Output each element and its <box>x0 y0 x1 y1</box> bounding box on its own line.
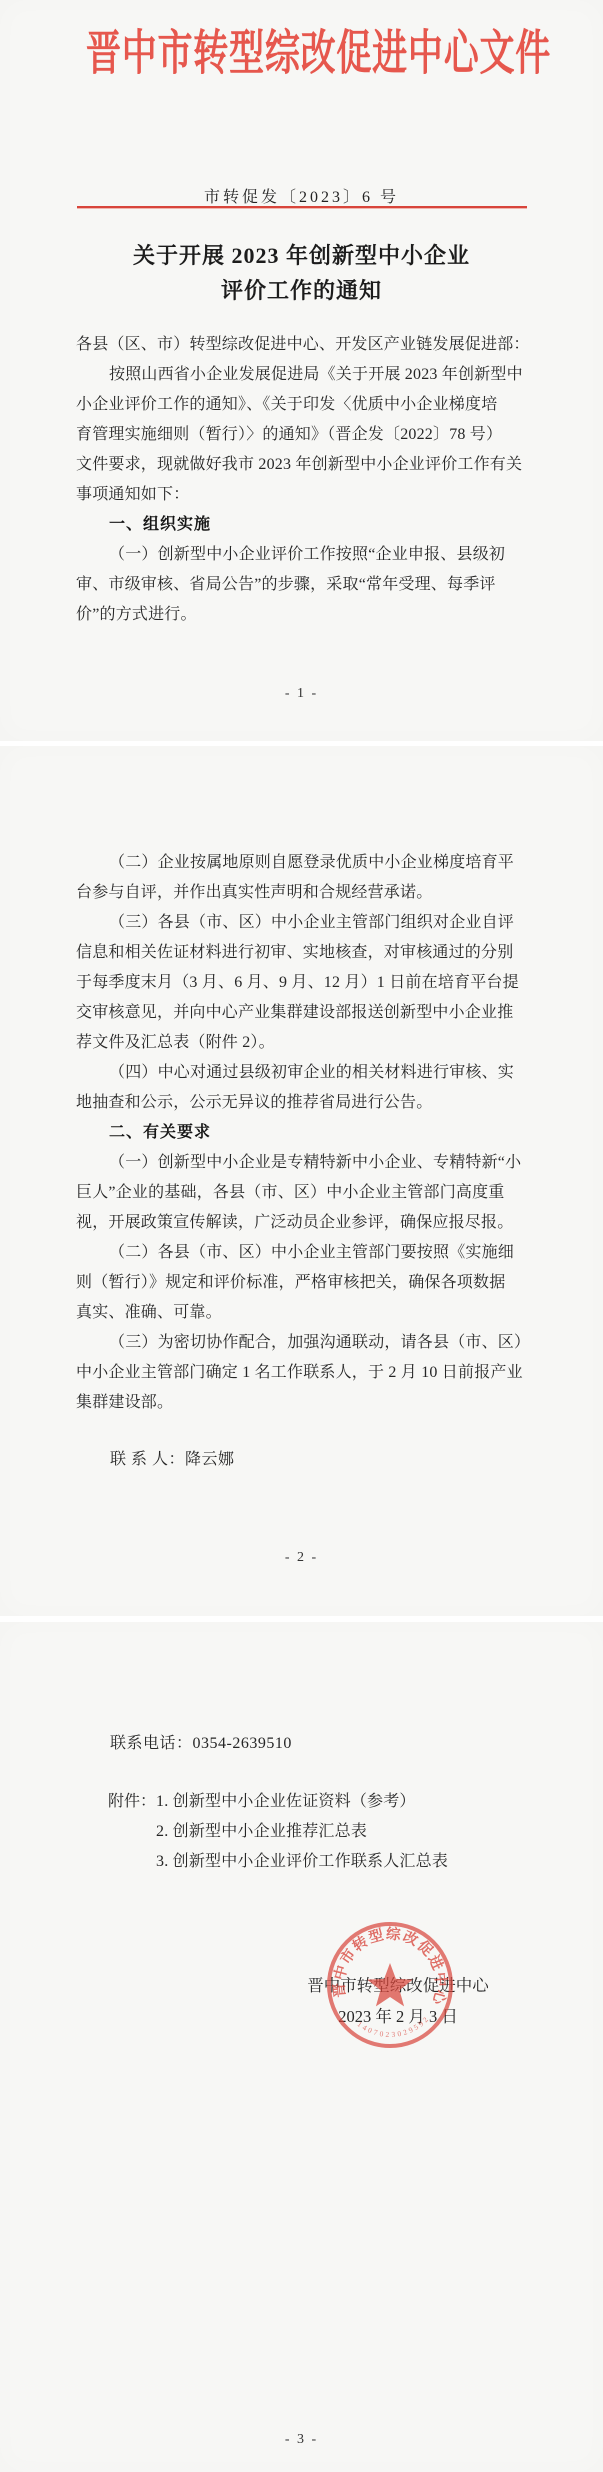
body-line: 文件要求，现就做好我市 2023 年创新型中小企业评价工作有关 <box>76 450 536 480</box>
body-line: 台参与自评，并作出真实性声明和合规经营承诺。 <box>76 878 536 908</box>
page-3: 联系电话：0354-2639510 附件： 1. 创新型中小企业佐证资料（参考）… <box>0 1622 603 2472</box>
body-line: （四）中心对通过县级初审企业的相关材料进行审核、实 <box>76 1058 536 1088</box>
page-1: 晋中市转型综改促进中心文件 市转促发〔2023〕6 号 关于开展 2023 年创… <box>0 0 603 741</box>
body-line: 按照山西省小企业发展促进局《关于开展 2023 年创新型中 <box>76 360 536 390</box>
body-line: 中小企业主管部门确定 1 名工作联系人，于 2 月 10 日前报产业 <box>76 1358 536 1388</box>
seal-star-icon <box>367 1963 413 2006</box>
seal-code: 1407023029592 <box>356 2013 432 2039</box>
body-line: 真实、准确、可靠。 <box>76 1298 536 1328</box>
body-line: 荐文件及汇总表（附件 2）。 <box>76 1028 536 1058</box>
body-line: 审、市级审核、省局公告”的步骤，采取“常年受理、每季评 <box>76 570 536 600</box>
attachment-item: 1. 创新型中小企业佐证资料（参考） <box>156 1787 448 1817</box>
body-line: （一）创新型中小企业评价工作按照“企业申报、县级初 <box>76 540 536 570</box>
body-line: 于每季度末月（3 月、6 月、9 月、12 月）1 日前在培育平台提 <box>76 968 536 998</box>
contact-person: 联 系 人：降云娜 <box>110 1446 235 1469</box>
body-line: （一）创新型中小企业是专精特新中小企业、专精特新“小 <box>76 1148 536 1178</box>
body-line: 地抽查和公示，公示无异议的推荐省局进行公告。 <box>76 1088 536 1118</box>
attachments-block: 附件： 1. 创新型中小企业佐证资料（参考） 2. 创新型中小企业推荐汇总表 3… <box>108 1787 448 1877</box>
section-heading-2: 二、有关要求 <box>76 1118 536 1148</box>
page2-body: （二）企业按属地原则自愿登录优质中小企业梯度培育平 台参与自评，并作出真实性声明… <box>76 848 536 1418</box>
attachments-list: 1. 创新型中小企业佐证资料（参考） 2. 创新型中小企业推荐汇总表 3. 创新… <box>156 1787 448 1877</box>
document-title: 关于开展 2023 年创新型中小企业 评价工作的通知 <box>0 238 603 308</box>
body-line: 事项通知如下： <box>76 480 536 510</box>
attachments-label: 附件： <box>108 1787 156 1877</box>
official-seal: 晋中市转型综改促进中心 1407023029592 <box>320 1915 460 2055</box>
body-line: （二）各县（市、区）中小企业主管部门要按照《实施细 <box>76 1238 536 1268</box>
page-number-3: - 3 - <box>0 2432 603 2448</box>
red-divider-line <box>77 206 527 209</box>
document-scan: 晋中市转型综改促进中心文件 市转促发〔2023〕6 号 关于开展 2023 年创… <box>0 0 603 2472</box>
body-line: 则（暂行）》规定和评价标准，严格审核把关，确保各项数据 <box>76 1268 536 1298</box>
page1-body: 各县（区、市）转型综改促进中心、开发区产业链发展促进部： 按照山西省小企业发展促… <box>76 330 536 630</box>
page-number-1: - 1 - <box>0 686 603 702</box>
body-line: 信息和相关佐证材料进行初审、实地核查，对审核通过的分别 <box>76 938 536 968</box>
body-line: （三）各县（市、区）中小企业主管部门组织对企业自评 <box>76 908 536 938</box>
body-line: 视，开展政策宣传解读，广泛动员企业参评，确保应报尽报。 <box>76 1208 536 1238</box>
body-line: 育管理实施细则（暂行）〉的通知》（晋企发〔2022〕78 号） <box>76 420 536 450</box>
page-2: （二）企业按属地原则自愿登录优质中小企业梯度培育平 台参与自评，并作出真实性声明… <box>0 746 603 1616</box>
attachment-item: 2. 创新型中小企业推荐汇总表 <box>156 1817 448 1847</box>
body-line: （三）为密切协作配合，加强沟通联动，请各县（市、区） <box>76 1328 536 1358</box>
attachment-item: 3. 创新型中小企业评价工作联系人汇总表 <box>156 1847 448 1877</box>
title-line-2: 评价工作的通知 <box>0 273 603 308</box>
salutation: 各县（区、市）转型综改促进中心、开发区产业链发展促进部： <box>76 330 536 360</box>
letterhead-text: 晋中市转型综改促进中心文件 <box>86 14 551 83</box>
section-heading-1: 一、组织实施 <box>76 510 536 540</box>
svg-text:1407023029592: 1407023029592 <box>356 2013 432 2039</box>
contact-phone: 联系电话：0354-2639510 <box>110 1730 292 1753</box>
body-line: 巨人”企业的基础，各县（市、区）中小企业主管部门高度重 <box>76 1178 536 1208</box>
page-number-2: - 2 - <box>0 1550 603 1566</box>
letterhead: 晋中市转型综改促进中心文件 <box>0 14 603 83</box>
body-line: 交审核意见，并向中心产业集群建设部报送创新型中小企业推 <box>76 998 536 1028</box>
document-number: 市转促发〔2023〕6 号 <box>0 184 603 207</box>
body-line: 集群建设部。 <box>76 1388 536 1418</box>
body-line: 小企业评价工作的通知》、《关于印发〈优质中小企业梯度培 <box>76 390 536 420</box>
title-line-1: 关于开展 2023 年创新型中小企业 <box>0 238 603 273</box>
body-line: （二）企业按属地原则自愿登录优质中小企业梯度培育平 <box>76 848 536 878</box>
body-line: 价”的方式进行。 <box>76 600 536 630</box>
